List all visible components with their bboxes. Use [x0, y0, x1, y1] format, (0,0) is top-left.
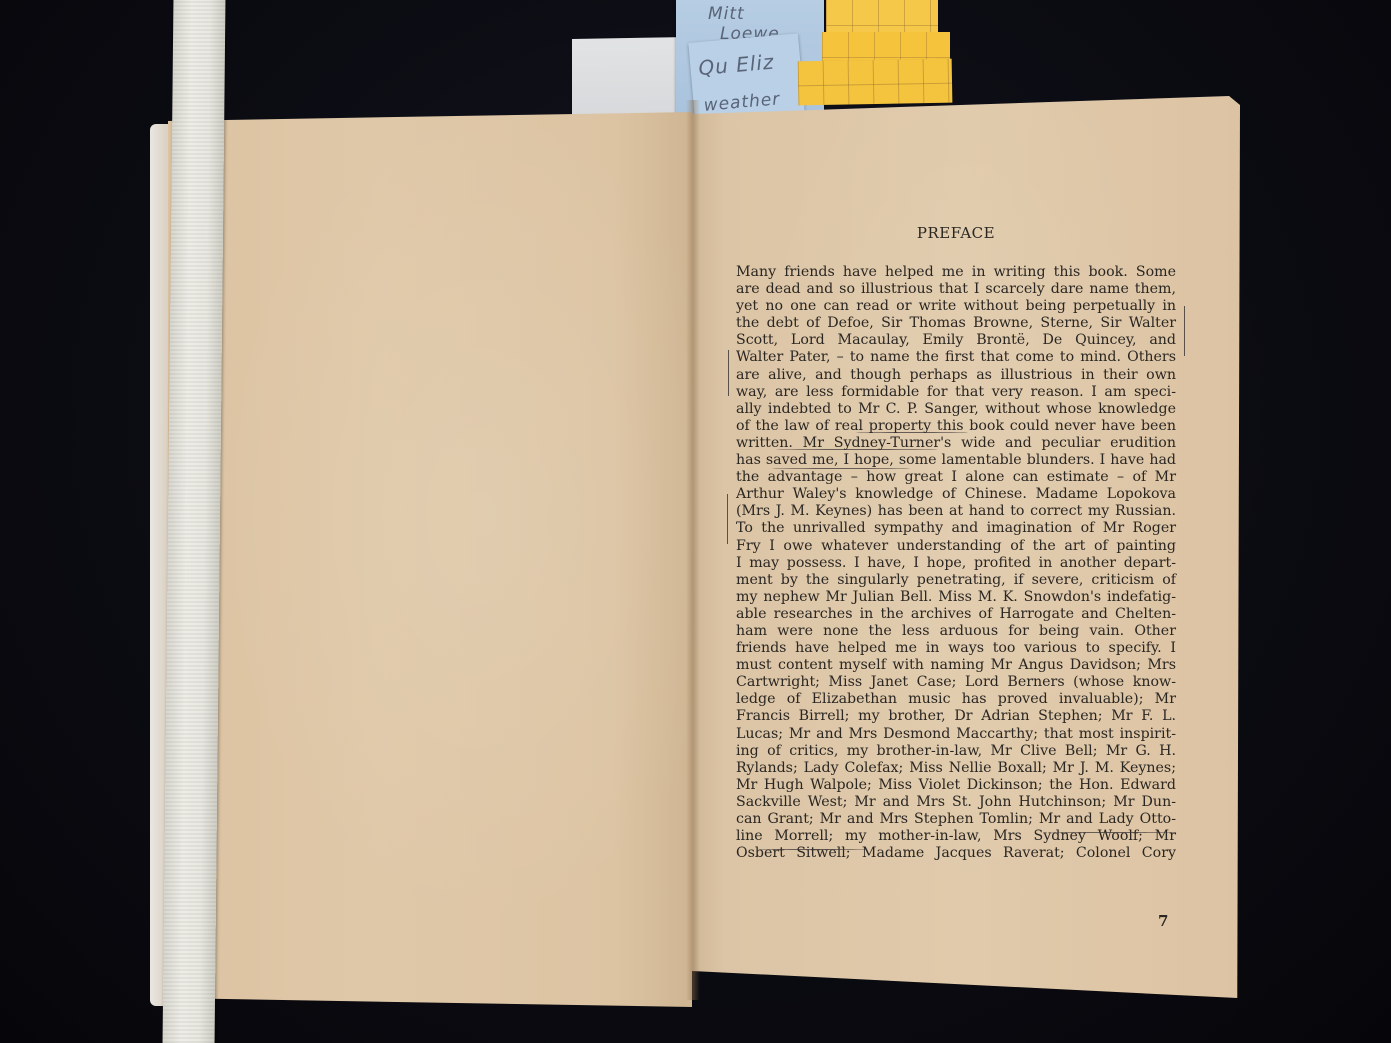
text-line: To the unrivalled sympathy and imaginati… [736, 520, 1176, 537]
text-line: can Grant; Mr and Mrs Stephen Tomlin; Mr… [736, 811, 1176, 828]
text-line: Sackville West; Mr and Mrs St. John Hutc… [736, 794, 1176, 811]
page-title: PREFACE [736, 224, 1176, 242]
preface-body: Many friends have helped me in writing t… [736, 264, 1176, 862]
text-line: Mr Hugh Walpole; Miss Violet Dickinson; … [736, 777, 1176, 794]
text-line: the debt of Defoe, Sir Thomas Browne, St… [736, 315, 1176, 332]
text-line: I may possess. I have, I hope, profited … [736, 555, 1176, 572]
text-line: are alive, and though perhaps as illustr… [736, 367, 1176, 384]
text-line: line Morrell; my mother-in-law, Mrs Sydn… [736, 828, 1176, 845]
text-line: are dead and so illustrious that I scarc… [736, 281, 1176, 298]
underline-mark [856, 432, 968, 433]
text-line: must content myself with naming Mr Angus… [736, 657, 1176, 674]
text-line: Rylands; Lady Colefax; Miss Nellie Boxal… [736, 760, 1176, 777]
yellow-grid-slip [798, 59, 953, 106]
margin-bar-mark [727, 494, 728, 544]
text-line: ment by the singularly penetrating, if s… [736, 572, 1176, 589]
left-page-blank [168, 112, 692, 1007]
text-line: yet no one can read or write without bei… [736, 298, 1176, 315]
text-line: friends have helped me in ways too vario… [736, 640, 1176, 657]
photo-scene: Mitt Loewe Qu Eliz weather PREFACE Many … [0, 0, 1391, 1043]
page-number: 7 [1158, 912, 1168, 930]
ribbon-bookmark [163, 0, 226, 1043]
text-line: way, are less formidable for that very r… [736, 384, 1176, 401]
text-line: Cartwright; Miss Janet Case; Lord Berner… [736, 674, 1176, 691]
text-line: Scott, Lord Macaulay, Emily Brontë, De Q… [736, 332, 1176, 349]
text-line: ledge of Elizabethan music has proved in… [736, 691, 1176, 708]
text-line: Osbert Sitwell; Madame Jacques Raverat; … [736, 845, 1176, 862]
text-line: Arthur Waley's knowledge of Chinese. Mad… [736, 486, 1176, 503]
text-line: ing of critics, my brother-in-law, Mr Cl… [736, 743, 1176, 760]
text-line: ham were none the less arduous for being… [736, 623, 1176, 640]
text-line: Fry I owe whatever understanding of the … [736, 538, 1176, 555]
margin-bar-mark [728, 350, 729, 396]
margin-bar-mark [1184, 306, 1185, 356]
underline-mark [776, 449, 938, 450]
underline-mark [758, 849, 868, 850]
handwriting: Qu Eliz [697, 50, 775, 81]
text-line: ally indebted to Mr C. P. Sanger, withou… [736, 401, 1176, 418]
text-line: Many friends have helped me in writing t… [736, 264, 1176, 281]
book-gutter [686, 100, 700, 1000]
text-line: able researches in the archives of Harro… [736, 606, 1176, 623]
text-line: Lucas; Mr and Mrs Desmond Maccarthy; tha… [736, 726, 1176, 743]
text-line: the advantage – how great I alone can es… [736, 469, 1176, 486]
underline-mark [772, 468, 910, 469]
text-line: (Mrs J. M. Keynes) has been at hand to c… [736, 503, 1176, 520]
preface-text-block: PREFACE Many friends have helped me in w… [736, 224, 1176, 862]
text-line: my nephew Mr Julian Bell. Miss M. K. Sno… [736, 589, 1176, 606]
underline-mark [1050, 832, 1176, 833]
text-line: Walter Pater, – to name the first that c… [736, 349, 1176, 366]
text-line: has saved me, I hope, some lamentable bl… [736, 452, 1176, 469]
text-line: Francis Birrell; my brother, Dr Adrian S… [736, 708, 1176, 725]
handwriting: Mitt [708, 4, 745, 24]
